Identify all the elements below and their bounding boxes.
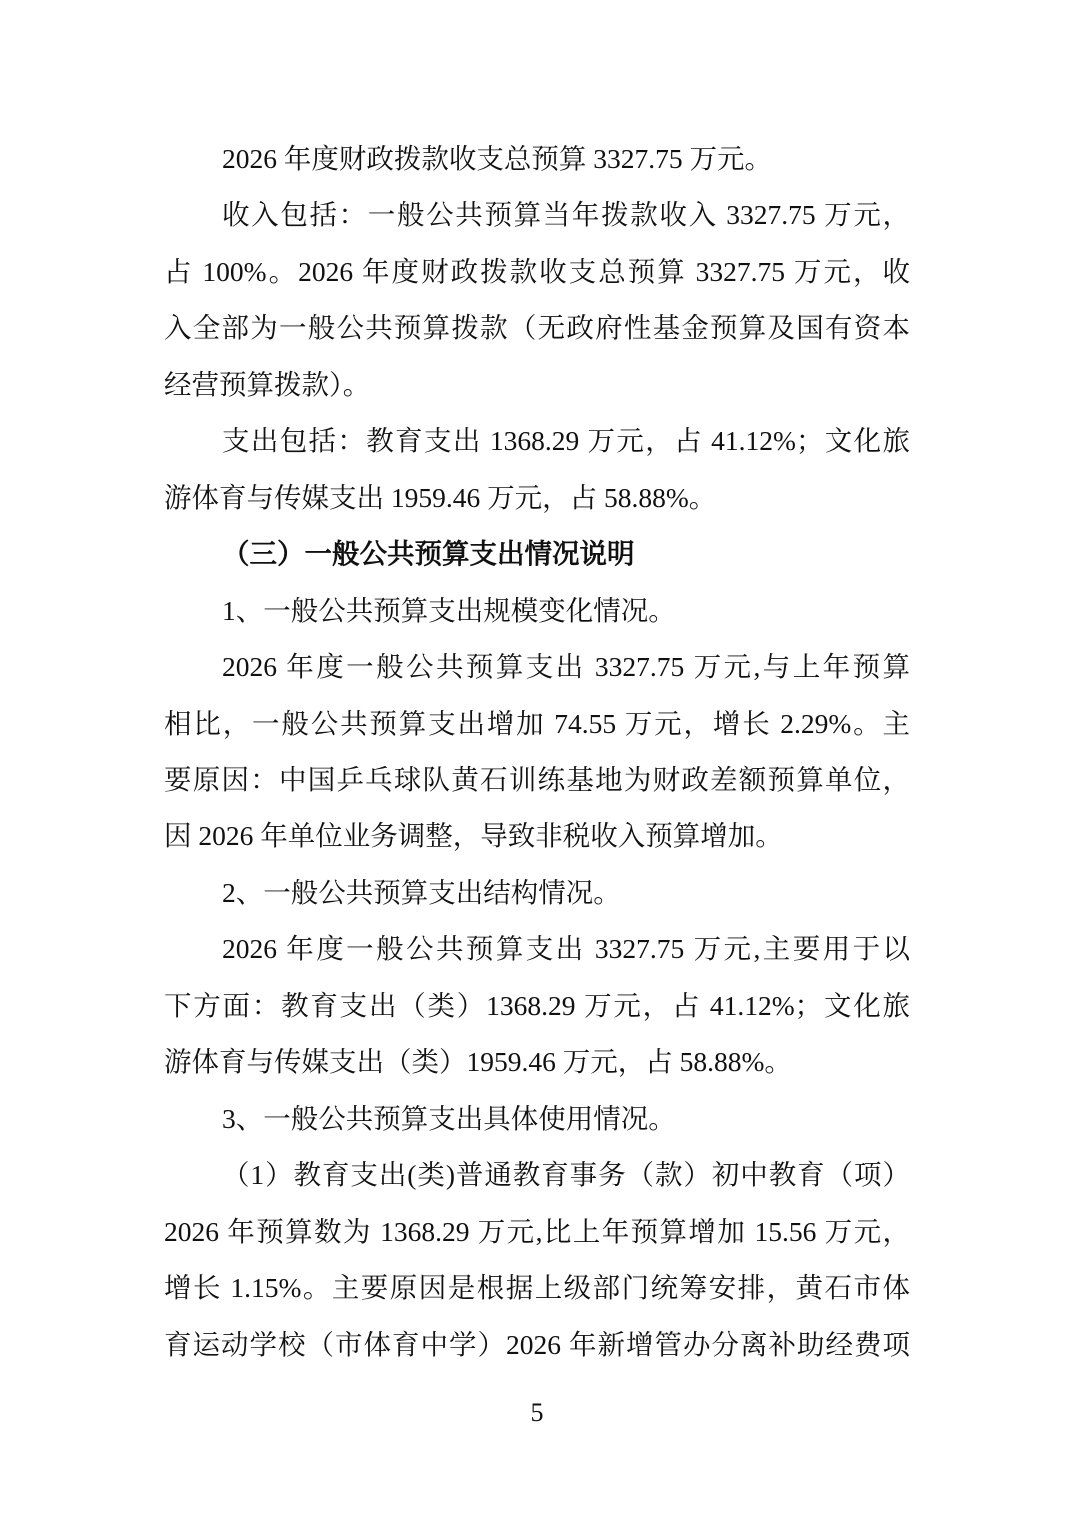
paragraph-line: 要原因：中国乒乓球队黄石训练基地为财政差额预算单位， <box>164 752 910 808</box>
list-item-heading: 1、一般公共预算支出规模变化情况。 <box>164 583 910 639</box>
section-heading: （三）一般公共预算支出情况说明 <box>164 526 910 582</box>
paragraph-line: 增长 1.15%。主要原因是根据上级部门统筹安排，黄石市体 <box>164 1260 910 1316</box>
paragraph-line: 占 100%。2026 年度财政拨款收支总预算 3327.75 万元，收 <box>164 244 910 300</box>
paragraph-line: 经营预算拨款）。 <box>164 357 910 413</box>
paragraph-line: 因 2026 年单位业务调整，导致非税收入预算增加。 <box>164 808 910 864</box>
paragraph-line: 育运动学校（市体育中学）2026 年新增管办分离补助经费项 <box>164 1317 910 1373</box>
paragraph-line: 2026 年度财政拨款收支总预算 3327.75 万元。 <box>164 131 910 187</box>
paragraph-line: 2026 年度一般公共预算支出 3327.75 万元,主要用于以 <box>164 921 910 977</box>
paragraph-line: 下方面：教育支出（类）1368.29 万元，占 41.12%；文化旅 <box>164 978 910 1034</box>
paragraph-line: 2026 年度一般公共预算支出 3327.75 万元,与上年预算 <box>164 639 910 695</box>
paragraph-line: 支出包括：教育支出 1368.29 万元，占 41.12%；文化旅 <box>164 413 910 469</box>
list-item-heading: 2、一般公共预算支出结构情况。 <box>164 865 910 921</box>
document-text-block: 2026 年度财政拨款收支总预算 3327.75 万元。 收入包括：一般公共预算… <box>164 131 910 1373</box>
paragraph-line: （1）教育支出(类)普通教育事务（款）初中教育（项） <box>164 1147 910 1203</box>
paragraph-line: 相比，一般公共预算支出增加 74.55 万元，增长 2.29%。主 <box>164 696 910 752</box>
paragraph-line: 收入包括：一般公共预算当年拨款收入 3327.75 万元， <box>164 187 910 243</box>
paragraph-line: 入全部为一般公共预算拨款（无政府性基金预算及国有资本 <box>164 300 910 356</box>
paragraph-line: 游体育与传媒支出（类）1959.46 万元，占 58.88%。 <box>164 1034 910 1090</box>
paragraph-line: 2026 年预算数为 1368.29 万元,比上年预算增加 15.56 万元， <box>164 1204 910 1260</box>
list-item-heading: 3、一般公共预算支出具体使用情况。 <box>164 1091 910 1147</box>
paragraph-line: 游体育与传媒支出 1959.46 万元，占 58.88%。 <box>164 470 910 526</box>
document-page: 2026 年度财政拨款收支总预算 3327.75 万元。 收入包括：一般公共预算… <box>0 0 1074 1520</box>
page-number: 5 <box>0 1398 1074 1428</box>
